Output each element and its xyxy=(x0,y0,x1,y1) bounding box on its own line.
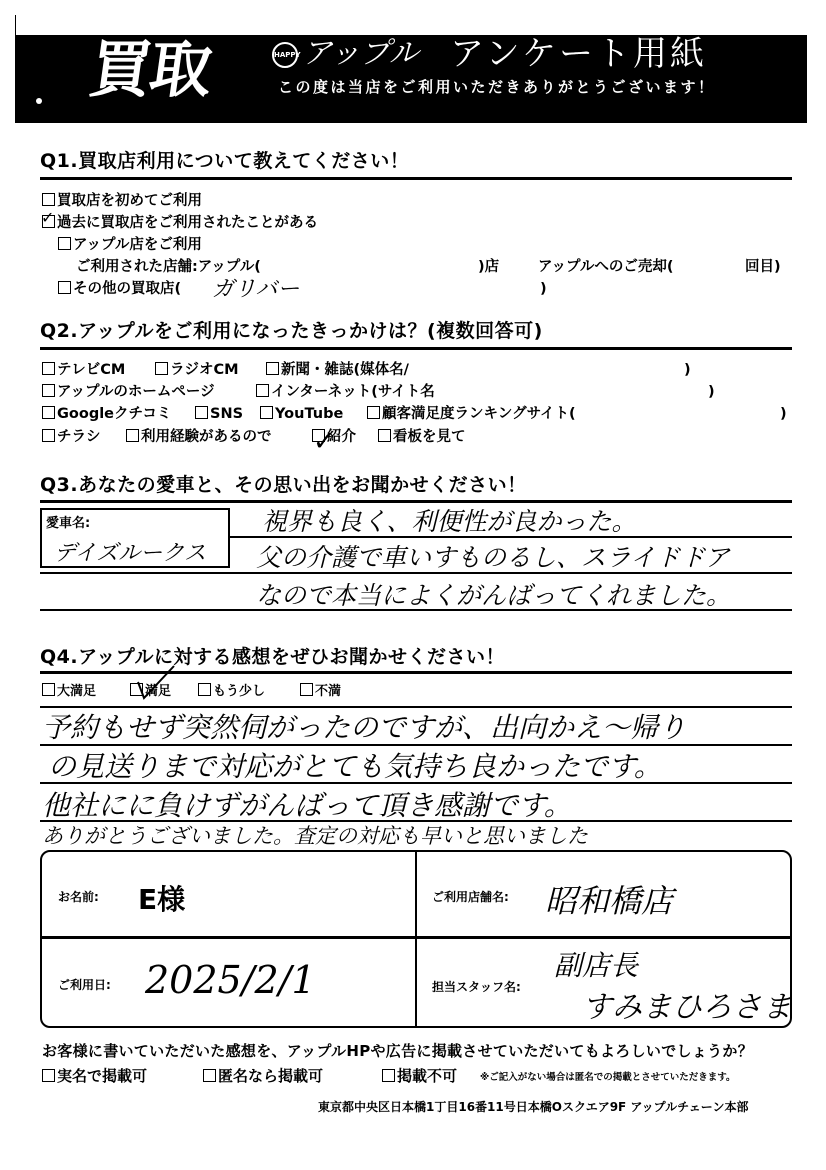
checkbox[interactable] xyxy=(42,362,55,375)
checkbox[interactable] xyxy=(126,429,139,442)
q2-rule xyxy=(40,347,792,350)
info-divider-horizontal xyxy=(40,936,792,939)
checkbox[interactable] xyxy=(367,406,380,419)
q1-other-close: ) xyxy=(540,279,547,299)
checkbox[interactable] xyxy=(198,683,211,696)
q4-rating-very-satisfied[interactable]: 大満足 xyxy=(42,682,96,702)
checkbox[interactable] xyxy=(42,429,55,442)
q4-rating-could-be-better[interactable]: もう少し xyxy=(198,682,265,702)
q4-comment-line-3: 他社にに負けずがんばって頂き感謝です。 xyxy=(42,784,572,824)
q1-rule xyxy=(40,177,792,180)
q1-sales-count-label: アップルへのご売却( xyxy=(538,257,674,277)
q2-option-internet[interactable]: インターネット(サイト名 xyxy=(256,382,435,402)
q1-option-used-before[interactable]: ✓過去に買取店をご利用されたことがある xyxy=(42,213,318,233)
q2-close-1: ) xyxy=(684,360,691,380)
staff-name-label: 担当スタッフ名: xyxy=(432,978,521,995)
store-name-value: 昭和橋店 xyxy=(545,876,673,922)
checkbox[interactable] xyxy=(382,1069,395,1082)
q4-rating-dissatisfied[interactable]: 不満 xyxy=(300,682,341,702)
apple-logo-icon: HAPPY xyxy=(272,42,298,68)
consent-real-name[interactable]: 実名で掲載可 xyxy=(42,1066,147,1086)
q2-option-radio[interactable]: ラジオCM xyxy=(155,360,239,380)
q2-option-signboard[interactable]: 看板を見て xyxy=(378,427,466,447)
consent-none[interactable]: 掲載不可 xyxy=(382,1066,457,1086)
kaitori-logo: 買取 xyxy=(84,30,215,110)
checkmark-icon: ✓ xyxy=(313,432,335,452)
header-dot xyxy=(36,98,42,104)
visit-date-label: ご利用日: xyxy=(58,976,111,993)
q4-comment-line-2: の見送りまで対応がとても気持ち良かったです。 xyxy=(48,745,662,785)
q3-memory-line-2: 父の介護で車いすものるし、スライドドア xyxy=(256,538,730,574)
brand-name: アップル xyxy=(302,36,419,72)
q2-option-sns[interactable]: SNS xyxy=(195,404,243,424)
q2-option-flyer[interactable]: チラシ xyxy=(42,427,101,447)
publication-consent-question: お客様に書いていただいた感想を、アップルHPや広告に掲載させていただいてもよろし… xyxy=(42,1040,753,1061)
checkbox[interactable] xyxy=(58,237,71,250)
checkbox[interactable] xyxy=(203,1069,216,1082)
info-divider-vertical xyxy=(415,850,417,1028)
name-label: お名前: xyxy=(58,888,99,905)
header-subtitle: この度は当店をご利用いただきありがとうございます！ xyxy=(278,76,716,97)
q1-other-store-handwritten: ガリバー xyxy=(212,272,299,303)
q1-option-other[interactable]: その他の買取店( xyxy=(58,279,181,299)
checkbox[interactable] xyxy=(42,683,55,696)
q2-option-newspaper[interactable]: 新聞・雑誌(媒体名/ xyxy=(266,360,409,380)
checkbox[interactable] xyxy=(260,406,273,419)
staff-title: 副店長 xyxy=(554,944,638,984)
q1-option-first-time[interactable]: 買取店を初めてご利用 xyxy=(42,191,202,211)
q2-close-2: ) xyxy=(708,382,715,402)
q3-memory-line-1: 視界も良く、利便性が良かった。 xyxy=(262,502,637,538)
staff-name: すみまひろさま xyxy=(582,982,792,1026)
q1-heading: Q1.買取店利用について教えてください！ xyxy=(40,148,409,174)
q3-memory-line-3: なので本当によくがんばってくれました。 xyxy=(256,576,731,612)
checkbox[interactable] xyxy=(42,1069,55,1082)
name-value: E様 xyxy=(138,878,185,918)
checkbox[interactable] xyxy=(58,281,71,294)
checkmark-icon: ✓ xyxy=(41,208,54,228)
visit-date-value: 2025/2/1 xyxy=(145,958,316,1002)
hq-address: 東京都中央区日本橋1丁目16番11号日本橋Oスクエア9F アップルチェーン本部 xyxy=(318,1098,749,1115)
q2-heading: Q2.アップルをご利用になったきっかけは？(複数回答可) xyxy=(40,318,543,344)
checkbox[interactable] xyxy=(195,406,208,419)
checkbox[interactable] xyxy=(42,406,55,419)
checkbox[interactable] xyxy=(42,193,55,206)
q2-option-ranking[interactable]: 顧客満足度ランキングサイト( xyxy=(367,404,576,424)
checkbox[interactable] xyxy=(256,384,269,397)
q1-store-suffix: )店 xyxy=(478,257,499,277)
checkbox[interactable] xyxy=(378,429,391,442)
store-name-label: ご利用店舗名: xyxy=(432,888,509,905)
checkbox[interactable] xyxy=(155,362,168,375)
q2-option-tv[interactable]: テレビCM xyxy=(42,360,125,380)
checkbox[interactable] xyxy=(266,362,279,375)
q4-comment-line-1: 予約もせず突然伺がったのですが、出向かえ〜帰り xyxy=(42,706,686,746)
checkbox[interactable] xyxy=(42,384,55,397)
form-title: アンケート用紙 xyxy=(450,34,707,74)
q2-close-3: ) xyxy=(780,404,787,424)
consent-anonymous[interactable]: 匿名なら掲載可 xyxy=(203,1066,323,1086)
q1-option-apple[interactable]: アップル店をご利用 xyxy=(58,235,202,255)
q4-heading: Q4.アップルに対する感想をぜひお聞かせください！ xyxy=(40,644,505,670)
q3-heading: Q3.あなたの愛車と、その思い出をお聞かせください！ xyxy=(40,472,527,498)
q2-option-homepage[interactable]: アップルのホームページ xyxy=(42,382,215,402)
consent-note: ※ご記入がない場合は匿名での掲載とさせていただきます。 xyxy=(480,1069,735,1083)
car-name-label: 愛車名: xyxy=(46,512,90,531)
q2-option-experience[interactable]: 利用経験があるので xyxy=(126,427,272,447)
q4-comment-line-4: ありがとうございました。査定の対応も早いと思いました xyxy=(42,820,588,850)
q2-option-youtube[interactable]: YouTube xyxy=(260,404,343,424)
q1-sales-count-suffix: 回目) xyxy=(745,257,781,277)
q2-option-google[interactable]: Googleクチコミ xyxy=(42,404,171,424)
checkbox[interactable] xyxy=(300,683,313,696)
car-name-value: デイズルークス xyxy=(54,536,206,567)
checkmark-icon xyxy=(130,664,180,704)
checkbox-checked[interactable]: ✓ xyxy=(42,215,55,228)
